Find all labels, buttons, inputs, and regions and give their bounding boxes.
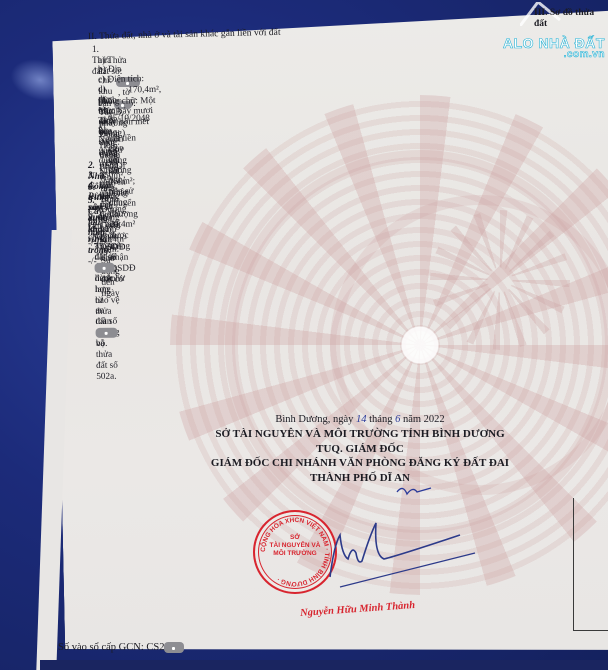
background-surface: [40, 660, 608, 670]
gcn-register-number: Số vào sổ cấp GCN: CS2: [58, 642, 184, 653]
map-frame-border: [573, 498, 608, 631]
issuing-org: SỞ TÀI NGUYÊN VÀ MÔI TRƯỜNG TỈNH BÌNH DƯ…: [170, 427, 550, 442]
redacted-gcn-number: [164, 642, 184, 653]
area-label: c) Diện tích:: [98, 73, 144, 84]
year-value: năm 2022: [403, 414, 445, 425]
day-value: 14: [356, 414, 367, 425]
gcn-label: Số vào sổ cấp GCN:: [58, 642, 144, 653]
redacted-source-parcel: [96, 328, 118, 338]
map-section-title: III. Sơ đồ thửa đất: [534, 8, 608, 30]
site-watermark: ALO NHÀ ĐẤT .com.vn: [503, 35, 605, 60]
drum-star: [430, 210, 570, 350]
initials-mark: [395, 480, 435, 500]
month-label: tháng: [369, 414, 392, 425]
month-value: 6: [395, 414, 400, 425]
note-parcel-label: - Thửa đất số: [94, 230, 116, 262]
signer-title-2: THÀNH PHỐ DĨ AN: [170, 471, 550, 486]
signature-block: Bình Dương, ngày 14 tháng 6 năm 2022 SỞ …: [170, 413, 550, 485]
gcn-value: CS2: [146, 642, 164, 653]
authorization: TUQ. GIÁM ĐỐC: [170, 442, 550, 457]
place-date: Bình Dương, ngày 14 tháng 6 năm 2022: [170, 413, 550, 427]
origin-line-3: giao đất không thu tiền sử dụng đất: 20,…: [108, 143, 135, 230]
redacted-parcel-number: [95, 263, 115, 273]
place-label: Bình Dương, ngày: [275, 414, 353, 425]
handwritten-signature: [300, 515, 490, 595]
note-merged-parcel: và thửa đất số 502a.: [96, 338, 118, 381]
note-line-2: - Thửa đất số được hợp từ thửa đất số và…: [94, 230, 118, 382]
note-merged-label: được hợp từ thửa đất số: [95, 273, 118, 326]
signer-title-1: GIÁM ĐỐC CHI NHÁNH VĂN PHÒNG ĐĂNG KÝ ĐẤT…: [170, 456, 550, 471]
